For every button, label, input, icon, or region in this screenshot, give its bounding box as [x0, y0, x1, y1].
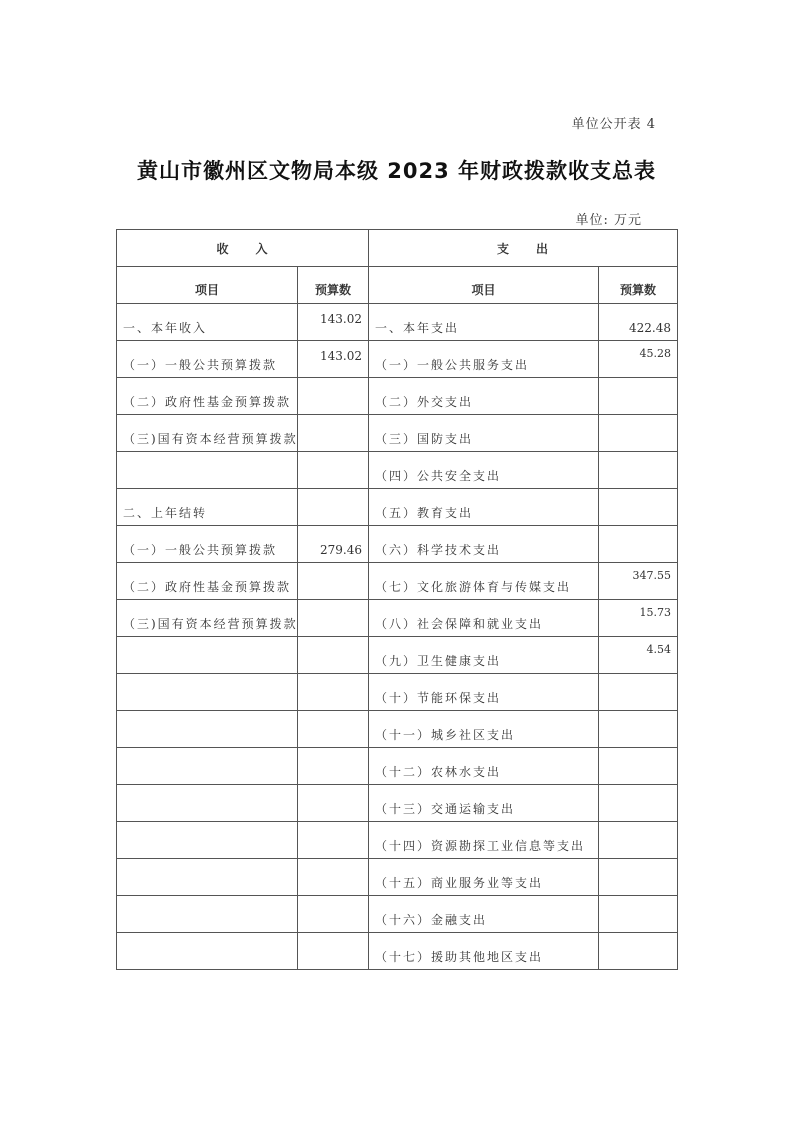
table-row: （十三）交通运输支出: [117, 785, 678, 822]
expense-amount-cell: [599, 415, 678, 452]
income-item-cell: （三)国有资本经营预算拨款: [117, 415, 298, 452]
expense-amount-cell: 422.48: [599, 304, 678, 341]
income-item-text: （一）一般公共预算拨款: [123, 356, 277, 377]
expense-item-cell: （十六）金融支出: [369, 896, 599, 933]
income-item-cell: （三)国有资本经营预算拨款: [117, 600, 298, 637]
expense-amount-cell: [599, 674, 678, 711]
expense-amount-cell: [599, 933, 678, 970]
budget-summary-table: 收 入 支 出 项目 预算数 项目 预算数 一、本年收入143.02一、本年支出…: [116, 229, 678, 970]
table-row: （十五）商业服务业等支出: [117, 859, 678, 896]
income-amount-header: 预算数: [298, 267, 369, 304]
expense-item-text: （十四）资源勘探工业信息等支出: [375, 837, 585, 858]
income-item-cell: [117, 785, 298, 822]
expense-item-text: （三）国防支出: [375, 430, 473, 451]
income-amount-cell: [298, 489, 369, 526]
expense-item-cell: （十七）援助其他地区支出: [369, 933, 599, 970]
section-header-row: 收 入 支 出: [117, 230, 678, 267]
income-item-text: （三)国有资本经营预算拨款: [123, 615, 298, 636]
expense-amount-text: 4.54: [647, 637, 672, 656]
expense-amount-cell: [599, 526, 678, 563]
expense-item-text: （十一）城乡社区支出: [375, 726, 515, 747]
expense-amount-cell: [599, 711, 678, 748]
income-amount-cell: [298, 637, 369, 674]
expense-item-cell: （十三）交通运输支出: [369, 785, 599, 822]
income-item-cell: [117, 748, 298, 785]
expense-item-cell: （三）国防支出: [369, 415, 599, 452]
table-row: （十二）农林水支出: [117, 748, 678, 785]
expense-amount-text: 45.28: [640, 341, 672, 360]
income-item-cell: [117, 637, 298, 674]
expense-item-cell: （五）教育支出: [369, 489, 599, 526]
expense-item-text: 一、本年支出: [375, 319, 459, 340]
income-amount-cell: [298, 859, 369, 896]
income-item-header-label: 项目: [195, 281, 219, 303]
expense-item-cell: （一）一般公共服务支出: [369, 341, 599, 378]
income-amount-cell: [298, 563, 369, 600]
income-amount-text: 279.46: [320, 543, 362, 562]
expense-section-header: 支 出: [369, 230, 678, 267]
income-item-text: 一、本年收入: [123, 319, 207, 340]
column-header-row: 项目 预算数 项目 预算数: [117, 267, 678, 304]
expense-item-text: （九）卫生健康支出: [375, 652, 501, 673]
expense-amount-text: 15.73: [640, 600, 672, 619]
expense-item-text: （十七）援助其他地区支出: [375, 948, 543, 969]
expense-item-cell: （六）科学技术支出: [369, 526, 599, 563]
table-row: 一、本年收入143.02一、本年支出422.48: [117, 304, 678, 341]
expense-item-text: （七）文化旅游体育与传媒支出: [375, 578, 571, 599]
expense-amount-header: 预算数: [599, 267, 678, 304]
expense-item-cell: （九）卫生健康支出: [369, 637, 599, 674]
unit-label: 单位: 万元: [560, 209, 642, 228]
income-section-header: 收 入: [117, 230, 369, 267]
income-amount-text: 143.02: [320, 341, 362, 363]
expense-item-text: （六）科学技术支出: [375, 541, 501, 562]
income-amount-cell: [298, 452, 369, 489]
expense-item-text: （十二）农林水支出: [375, 763, 501, 784]
expense-amount-cell: 15.73: [599, 600, 678, 637]
expense-item-cell: （八）社会保障和就业支出: [369, 600, 599, 637]
expense-item-cell: （二）外交支出: [369, 378, 599, 415]
income-amount-cell: [298, 896, 369, 933]
income-amount-cell: [298, 674, 369, 711]
income-item-cell: [117, 859, 298, 896]
table-row: （九）卫生健康支出4.54: [117, 637, 678, 674]
income-amount-cell: [298, 822, 369, 859]
income-item-cell: 一、本年收入: [117, 304, 298, 341]
expense-amount-cell: 4.54: [599, 637, 678, 674]
expense-amount-cell: [599, 748, 678, 785]
income-item-text: （三)国有资本经营预算拨款: [123, 430, 298, 451]
table-row: （十一）城乡社区支出: [117, 711, 678, 748]
income-item-header: 项目: [117, 267, 298, 304]
expense-item-text: （五）教育支出: [375, 504, 473, 525]
table-row: （三)国有资本经营预算拨款（八）社会保障和就业支出15.73: [117, 600, 678, 637]
form-number: 单位公开表 4: [560, 113, 656, 132]
expense-item-cell: 一、本年支出: [369, 304, 599, 341]
table-row: （十七）援助其他地区支出: [117, 933, 678, 970]
expense-amount-text: 347.55: [633, 563, 672, 582]
expense-item-cell: （十一）城乡社区支出: [369, 711, 599, 748]
page-title: 黄山市徽州区文物局本级 2023 年财政拨款收支总表: [0, 155, 793, 185]
expense-item-cell: （十五）商业服务业等支出: [369, 859, 599, 896]
expense-amount-header-label: 预算数: [620, 281, 656, 303]
table-row: （一）一般公共预算拨款143.02（一）一般公共服务支出45.28: [117, 341, 678, 378]
expense-amount-cell: [599, 896, 678, 933]
expense-item-text: （一）一般公共服务支出: [375, 356, 529, 377]
expense-amount-cell: 347.55: [599, 563, 678, 600]
income-section-label: 收 入: [217, 240, 269, 257]
income-amount-cell: 279.46: [298, 526, 369, 563]
table-row: （三)国有资本经营预算拨款（三）国防支出: [117, 415, 678, 452]
income-amount-cell: 143.02: [298, 304, 369, 341]
expense-amount-cell: [599, 822, 678, 859]
income-amount-cell: [298, 748, 369, 785]
income-amount-cell: 143.02: [298, 341, 369, 378]
income-item-text: （二）政府性基金预算拨款: [123, 578, 291, 599]
expense-amount-cell: [599, 489, 678, 526]
expense-item-header: 项目: [369, 267, 599, 304]
expense-item-text: （十三）交通运输支出: [375, 800, 515, 821]
income-item-cell: [117, 822, 298, 859]
income-amount-cell: [298, 600, 369, 637]
expense-item-text: （二）外交支出: [375, 393, 473, 414]
expense-item-cell: （十二）农林水支出: [369, 748, 599, 785]
income-item-cell: （二）政府性基金预算拨款: [117, 378, 298, 415]
expense-section-label: 支 出: [497, 240, 549, 257]
income-item-text: 二、上年结转: [123, 504, 207, 525]
income-item-text: （一）一般公共预算拨款: [123, 541, 277, 562]
income-item-cell: [117, 674, 298, 711]
expense-amount-text: 422.48: [629, 321, 671, 340]
income-amount-cell: [298, 415, 369, 452]
table-row: （二）政府性基金预算拨款（二）外交支出: [117, 378, 678, 415]
income-amount-cell: [298, 785, 369, 822]
expense-item-cell: （七）文化旅游体育与传媒支出: [369, 563, 599, 600]
income-item-cell: [117, 933, 298, 970]
expense-item-text: （十五）商业服务业等支出: [375, 874, 543, 895]
table-row: 二、上年结转（五）教育支出: [117, 489, 678, 526]
expense-item-cell: （十）节能环保支出: [369, 674, 599, 711]
income-item-cell: （一）一般公共预算拨款: [117, 341, 298, 378]
expense-item-text: （十六）金融支出: [375, 911, 487, 932]
table-row: （一）一般公共预算拨款279.46（六）科学技术支出: [117, 526, 678, 563]
expense-item-cell: （十四）资源勘探工业信息等支出: [369, 822, 599, 859]
expense-item-cell: （四）公共安全支出: [369, 452, 599, 489]
income-item-cell: 二、上年结转: [117, 489, 298, 526]
table-row: （十四）资源勘探工业信息等支出: [117, 822, 678, 859]
income-item-cell: [117, 711, 298, 748]
income-item-cell: （二）政府性基金预算拨款: [117, 563, 298, 600]
income-item-cell: [117, 452, 298, 489]
table-row: （四）公共安全支出: [117, 452, 678, 489]
income-item-text: （二）政府性基金预算拨款: [123, 393, 291, 414]
expense-item-header-label: 项目: [472, 281, 496, 303]
expense-amount-cell: 45.28: [599, 341, 678, 378]
table-row: （十）节能环保支出: [117, 674, 678, 711]
income-amount-header-label: 预算数: [315, 281, 351, 303]
expense-item-text: （十）节能环保支出: [375, 689, 501, 710]
expense-item-text: （八）社会保障和就业支出: [375, 615, 543, 636]
income-item-cell: [117, 896, 298, 933]
income-amount-cell: [298, 933, 369, 970]
expense-amount-cell: [599, 859, 678, 896]
income-amount-text: 143.02: [320, 304, 362, 326]
income-amount-cell: [298, 378, 369, 415]
expense-amount-cell: [599, 378, 678, 415]
table-row: （十六）金融支出: [117, 896, 678, 933]
expense-amount-cell: [599, 452, 678, 489]
expense-amount-cell: [599, 785, 678, 822]
expense-item-text: （四）公共安全支出: [375, 467, 501, 488]
income-item-cell: （一）一般公共预算拨款: [117, 526, 298, 563]
table-row: （二）政府性基金预算拨款（七）文化旅游体育与传媒支出347.55: [117, 563, 678, 600]
income-amount-cell: [298, 711, 369, 748]
